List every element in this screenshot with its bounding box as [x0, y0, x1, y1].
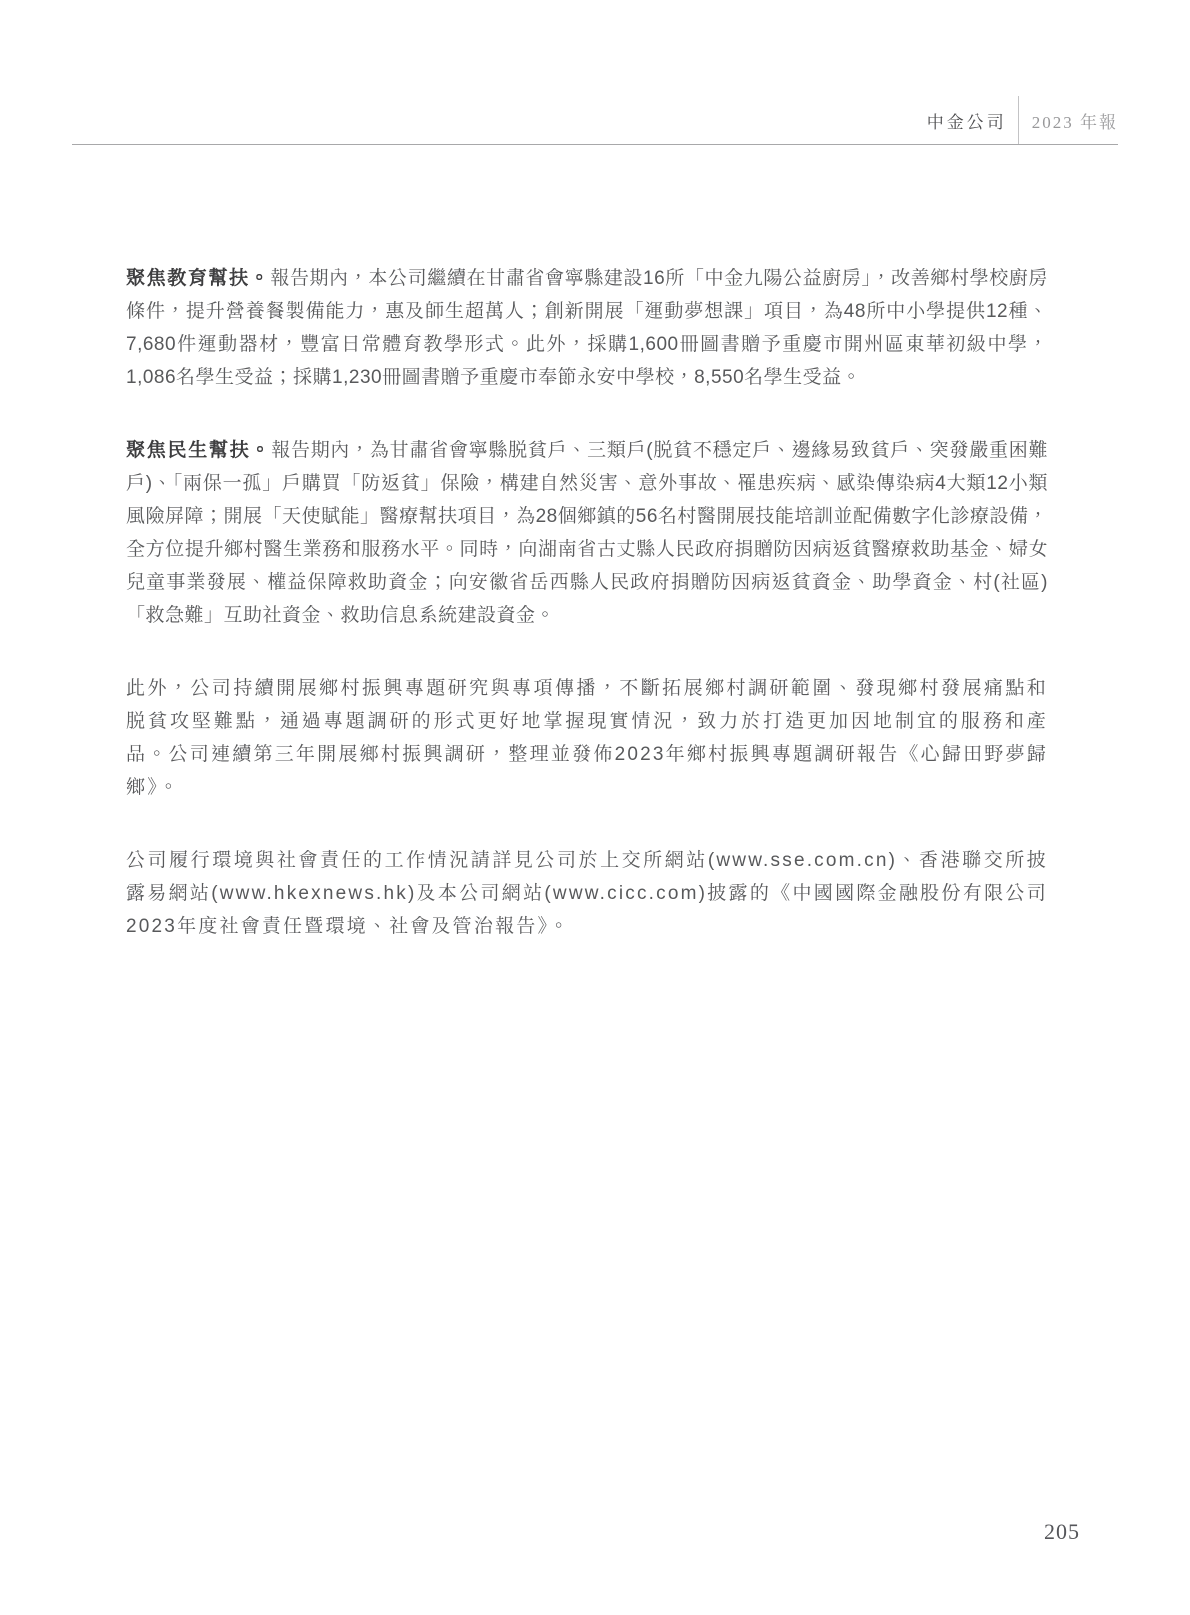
report-body: 聚焦教育幫扶。報告期內，本公司繼續在甘肅省會寧縣建設16所「中金九陽公益廚房」，… — [126, 262, 1048, 983]
report-edition: 2023 年報 — [1032, 108, 1118, 133]
page-number: 205 — [1044, 1519, 1080, 1545]
paragraph-rural-research: 此外，公司持續開展鄉村振興專題研究與專項傳播，不斷拓展鄉村調研範圍、發現鄉村發展… — [126, 672, 1048, 804]
paragraph-text: 此外，公司持續開展鄉村振興專題研究與專項傳播，不斷拓展鄉村調研範圍、發現鄉村發展… — [126, 678, 1048, 798]
paragraph-livelihood-aid: 聚焦民生幫扶。報告期內，為甘肅省會寧縣脱貧戶、三類戶(脱貧不穩定戶、邊緣易致貧戶… — [126, 434, 1048, 632]
company-name: 中金公司 — [927, 108, 1007, 133]
paragraph-lead: 聚焦教育幫扶。 — [126, 268, 270, 289]
paragraph-lead: 聚焦民生幫扶。 — [126, 440, 271, 461]
header-rule — [72, 144, 1118, 145]
header-divider — [1018, 96, 1019, 144]
paragraph-text: 報告期內，為甘肅省會寧縣脱貧戶、三類戶(脱貧不穩定戶、邊緣易致貧戶、突發嚴重困難… — [126, 440, 1048, 626]
paragraph-education-aid: 聚焦教育幫扶。報告期內，本公司繼續在甘肅省會寧縣建設16所「中金九陽公益廚房」，… — [126, 262, 1048, 394]
page-header: 中金公司 2023 年報 — [927, 96, 1118, 144]
paragraph-text: 公司履行環境與社會責任的工作情況請詳見公司於上交所網站(www.sse.com.… — [126, 850, 1048, 937]
report-page: 中金公司 2023 年報 聚焦教育幫扶。報告期內，本公司繼續在甘肅省會寧縣建設1… — [0, 0, 1190, 1615]
paragraph-esg-disclosure: 公司履行環境與社會責任的工作情況請詳見公司於上交所網站(www.sse.com.… — [126, 844, 1048, 943]
